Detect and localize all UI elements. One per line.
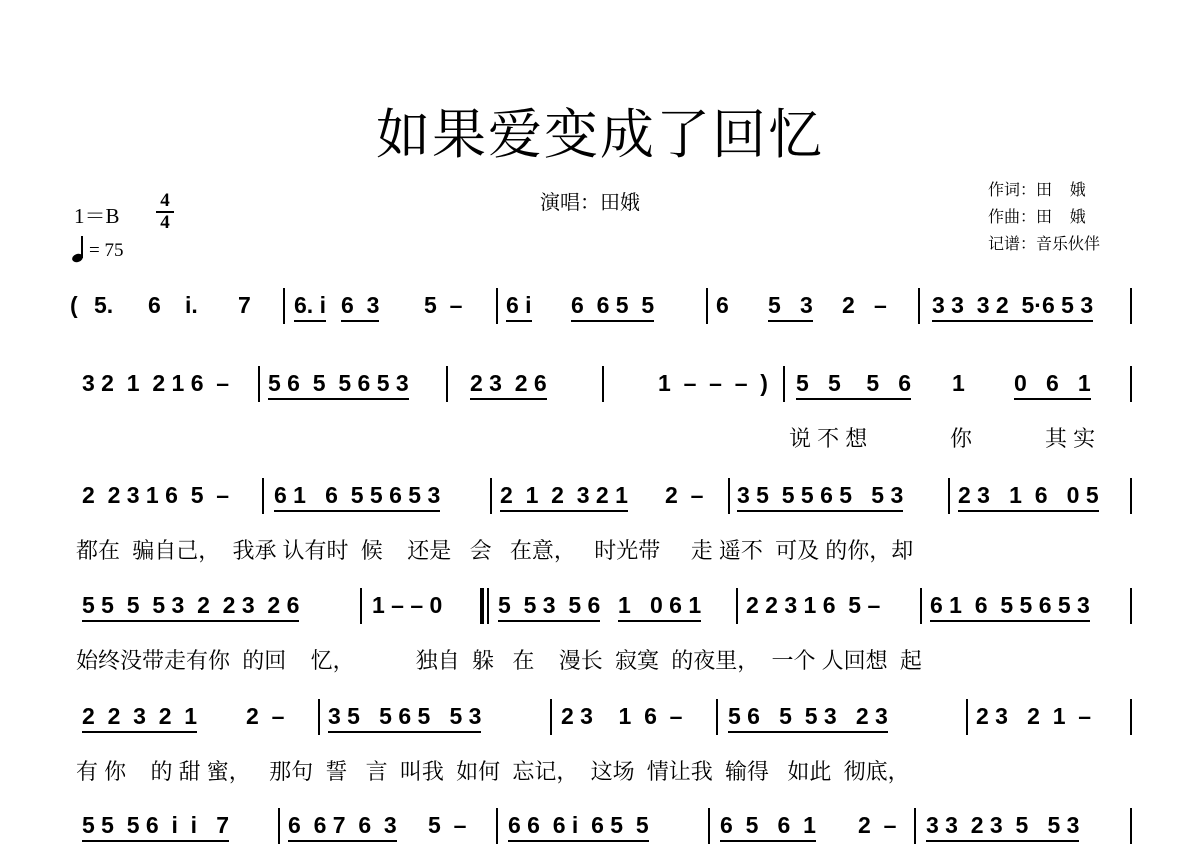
quarter-note-icon bbox=[72, 236, 84, 262]
note-group: 1 – – 0 bbox=[372, 592, 442, 618]
time-signature-top: 4 bbox=[160, 192, 170, 210]
barline bbox=[262, 478, 264, 514]
barline bbox=[496, 288, 498, 324]
note-group: 5 6 5 5 3 2 3 bbox=[728, 703, 888, 729]
barline bbox=[716, 699, 718, 735]
note-group: 2 3 1 6 0 5 bbox=[958, 482, 1099, 508]
note-group: 3 3 3 2 5·6 5 3 bbox=[932, 292, 1093, 318]
barline bbox=[918, 288, 920, 324]
beam-underline bbox=[768, 320, 813, 322]
note-group: 2 – bbox=[858, 812, 896, 838]
beam-underline bbox=[268, 398, 409, 400]
lyric-line: 都在 骗自己， 我承 认有时 候 还是 会 在意， 时光带 走 遥不 可及 的你… bbox=[76, 534, 913, 565]
note-group: 5 5 5 6 i i 7 bbox=[82, 812, 229, 838]
note-group: 6 6 5 5 bbox=[571, 292, 654, 318]
beam-underline bbox=[930, 620, 1090, 622]
barline bbox=[914, 808, 916, 844]
note-group: 1 bbox=[952, 370, 965, 396]
beam-underline bbox=[958, 510, 1099, 512]
barline bbox=[360, 588, 362, 624]
beam-underline bbox=[926, 840, 1079, 842]
beam-underline bbox=[506, 320, 532, 322]
note-group: 5 3 bbox=[768, 292, 813, 318]
beam-underline bbox=[294, 320, 326, 322]
note-group: 5 5 5 5 3 2 2 3 2 6 bbox=[82, 592, 299, 618]
note-group: 2 2 3 1 6 5 – bbox=[82, 482, 229, 508]
note-group: 2 1 2 3 2 1 bbox=[500, 482, 628, 508]
barline bbox=[283, 288, 285, 324]
note-group: 5. bbox=[94, 292, 113, 318]
barline bbox=[602, 366, 604, 402]
note-group: 6 bbox=[148, 292, 161, 318]
transcriber-credit: 记谱：音乐伙伴 bbox=[988, 231, 1100, 258]
barline bbox=[966, 699, 968, 735]
key-signature: 1＝B bbox=[74, 200, 120, 230]
lyric-line: 说 不 想 bbox=[789, 422, 867, 453]
barline bbox=[1130, 288, 1132, 324]
beam-underline bbox=[470, 398, 547, 400]
barline bbox=[490, 478, 492, 514]
song-title: 如果爱变成了回忆 bbox=[0, 92, 1200, 169]
beam-underline bbox=[328, 731, 481, 733]
note-group: 3 5 5 5 6 5 5 3 bbox=[737, 482, 903, 508]
beam-underline bbox=[500, 510, 628, 512]
beam-underline bbox=[720, 840, 816, 842]
note-group: 2 – bbox=[246, 703, 284, 729]
barline bbox=[1130, 808, 1132, 844]
beam-underline bbox=[508, 840, 649, 842]
beam-underline bbox=[82, 840, 229, 842]
beam-underline bbox=[82, 731, 197, 733]
note-group: 6 5 6 1 bbox=[720, 812, 816, 838]
note-group: 6. i bbox=[294, 292, 326, 318]
note-group: 6 i bbox=[506, 292, 532, 318]
beam-underline bbox=[932, 320, 1093, 322]
beam-underline bbox=[796, 398, 911, 400]
lyric-line: 其 实 bbox=[1045, 422, 1095, 453]
lyric-line: 始终没带走有你 的回 忆， 独自 躲 在 漫长 寂寞 的夜里， 一个 人回想 起 bbox=[76, 644, 922, 675]
barline bbox=[948, 478, 950, 514]
tempo-marking: = 75 bbox=[72, 236, 123, 262]
barline bbox=[278, 808, 280, 844]
note-group: 2 3 2 1 – bbox=[976, 703, 1091, 729]
note-group: 2 2 3 1 6 5 – bbox=[746, 592, 880, 618]
note-group: 3 3 2 3 5 5 3 bbox=[926, 812, 1079, 838]
beam-underline bbox=[341, 320, 379, 322]
barline bbox=[783, 366, 785, 402]
note-group: 0 6 1 bbox=[1014, 370, 1091, 396]
beam-underline bbox=[274, 510, 440, 512]
note-group: 2 3 1 6 – bbox=[561, 703, 682, 729]
tempo-value: = 75 bbox=[89, 240, 123, 262]
barline bbox=[318, 699, 320, 735]
note-group: 6 1 6 5 5 6 5 3 bbox=[930, 592, 1090, 618]
credits-block: 作词：田 娥 作曲：田 娥 记谱：音乐伙伴 bbox=[988, 177, 1100, 258]
note-group: 1 0 6 1 bbox=[618, 592, 701, 618]
repeat-start-barline bbox=[480, 588, 484, 624]
barline bbox=[496, 808, 498, 844]
note-group: 5 – bbox=[424, 292, 462, 318]
beam-underline bbox=[498, 620, 600, 622]
note-group: 2 – bbox=[842, 292, 887, 318]
time-signature: 4 4 bbox=[156, 192, 174, 232]
note-group: 1 – – – ) bbox=[658, 370, 768, 396]
note-group: 6 bbox=[716, 292, 729, 318]
barline bbox=[550, 699, 552, 735]
singer-credit: 演唱：田娥 bbox=[540, 186, 640, 215]
beam-underline bbox=[737, 510, 903, 512]
beam-underline bbox=[288, 840, 397, 842]
beam-underline bbox=[618, 620, 701, 622]
barline bbox=[708, 808, 710, 844]
barline bbox=[1130, 478, 1132, 514]
note-group: 5 5 3 5 6 bbox=[498, 592, 600, 618]
note-group: 5 5 5 6 bbox=[796, 370, 911, 396]
beam-underline bbox=[1014, 398, 1091, 400]
barline bbox=[1130, 588, 1132, 624]
lyric-line: 有 你 的 甜 蜜， 那句 誓 言 叫我 如何 忘记， 这场 情让我 输得 如此… bbox=[76, 755, 910, 786]
note-group: 7 bbox=[238, 292, 251, 318]
barline bbox=[446, 366, 448, 402]
note-group: 6 3 bbox=[341, 292, 379, 318]
note-group: i. bbox=[185, 292, 198, 318]
lyricist-credit: 作词：田 娥 bbox=[988, 177, 1100, 204]
beam-underline bbox=[82, 620, 299, 622]
lyric-line: 你 bbox=[950, 422, 972, 453]
barline bbox=[1130, 699, 1132, 735]
beam-underline bbox=[571, 320, 654, 322]
repeat-thin-barline bbox=[487, 588, 489, 624]
note-group: 3 2 1 2 1 6 – bbox=[82, 370, 229, 396]
note-group: 6 1 6 5 5 6 5 3 bbox=[274, 482, 440, 508]
barline bbox=[1130, 366, 1132, 402]
note-group: 6 6 6 i 6 5 5 bbox=[508, 812, 649, 838]
note-group: 2 2 3 2 1 bbox=[82, 703, 197, 729]
barline bbox=[736, 588, 738, 624]
beam-underline bbox=[728, 731, 888, 733]
barline bbox=[706, 288, 708, 324]
note-group: 5 – bbox=[428, 812, 466, 838]
time-signature-bottom: 4 bbox=[160, 214, 170, 232]
barline bbox=[920, 588, 922, 624]
note-group: 5 6 5 5 6 5 3 bbox=[268, 370, 409, 396]
note-group: 3 5 5 6 5 5 3 bbox=[328, 703, 481, 729]
note-group: ( bbox=[70, 292, 78, 318]
note-group: 2 3 2 6 bbox=[470, 370, 547, 396]
barline bbox=[258, 366, 260, 402]
note-group: 6 6 7 6 3 bbox=[288, 812, 397, 838]
barline bbox=[728, 478, 730, 514]
note-group: 2 – bbox=[665, 482, 703, 508]
composer-credit: 作曲：田 娥 bbox=[988, 204, 1100, 231]
